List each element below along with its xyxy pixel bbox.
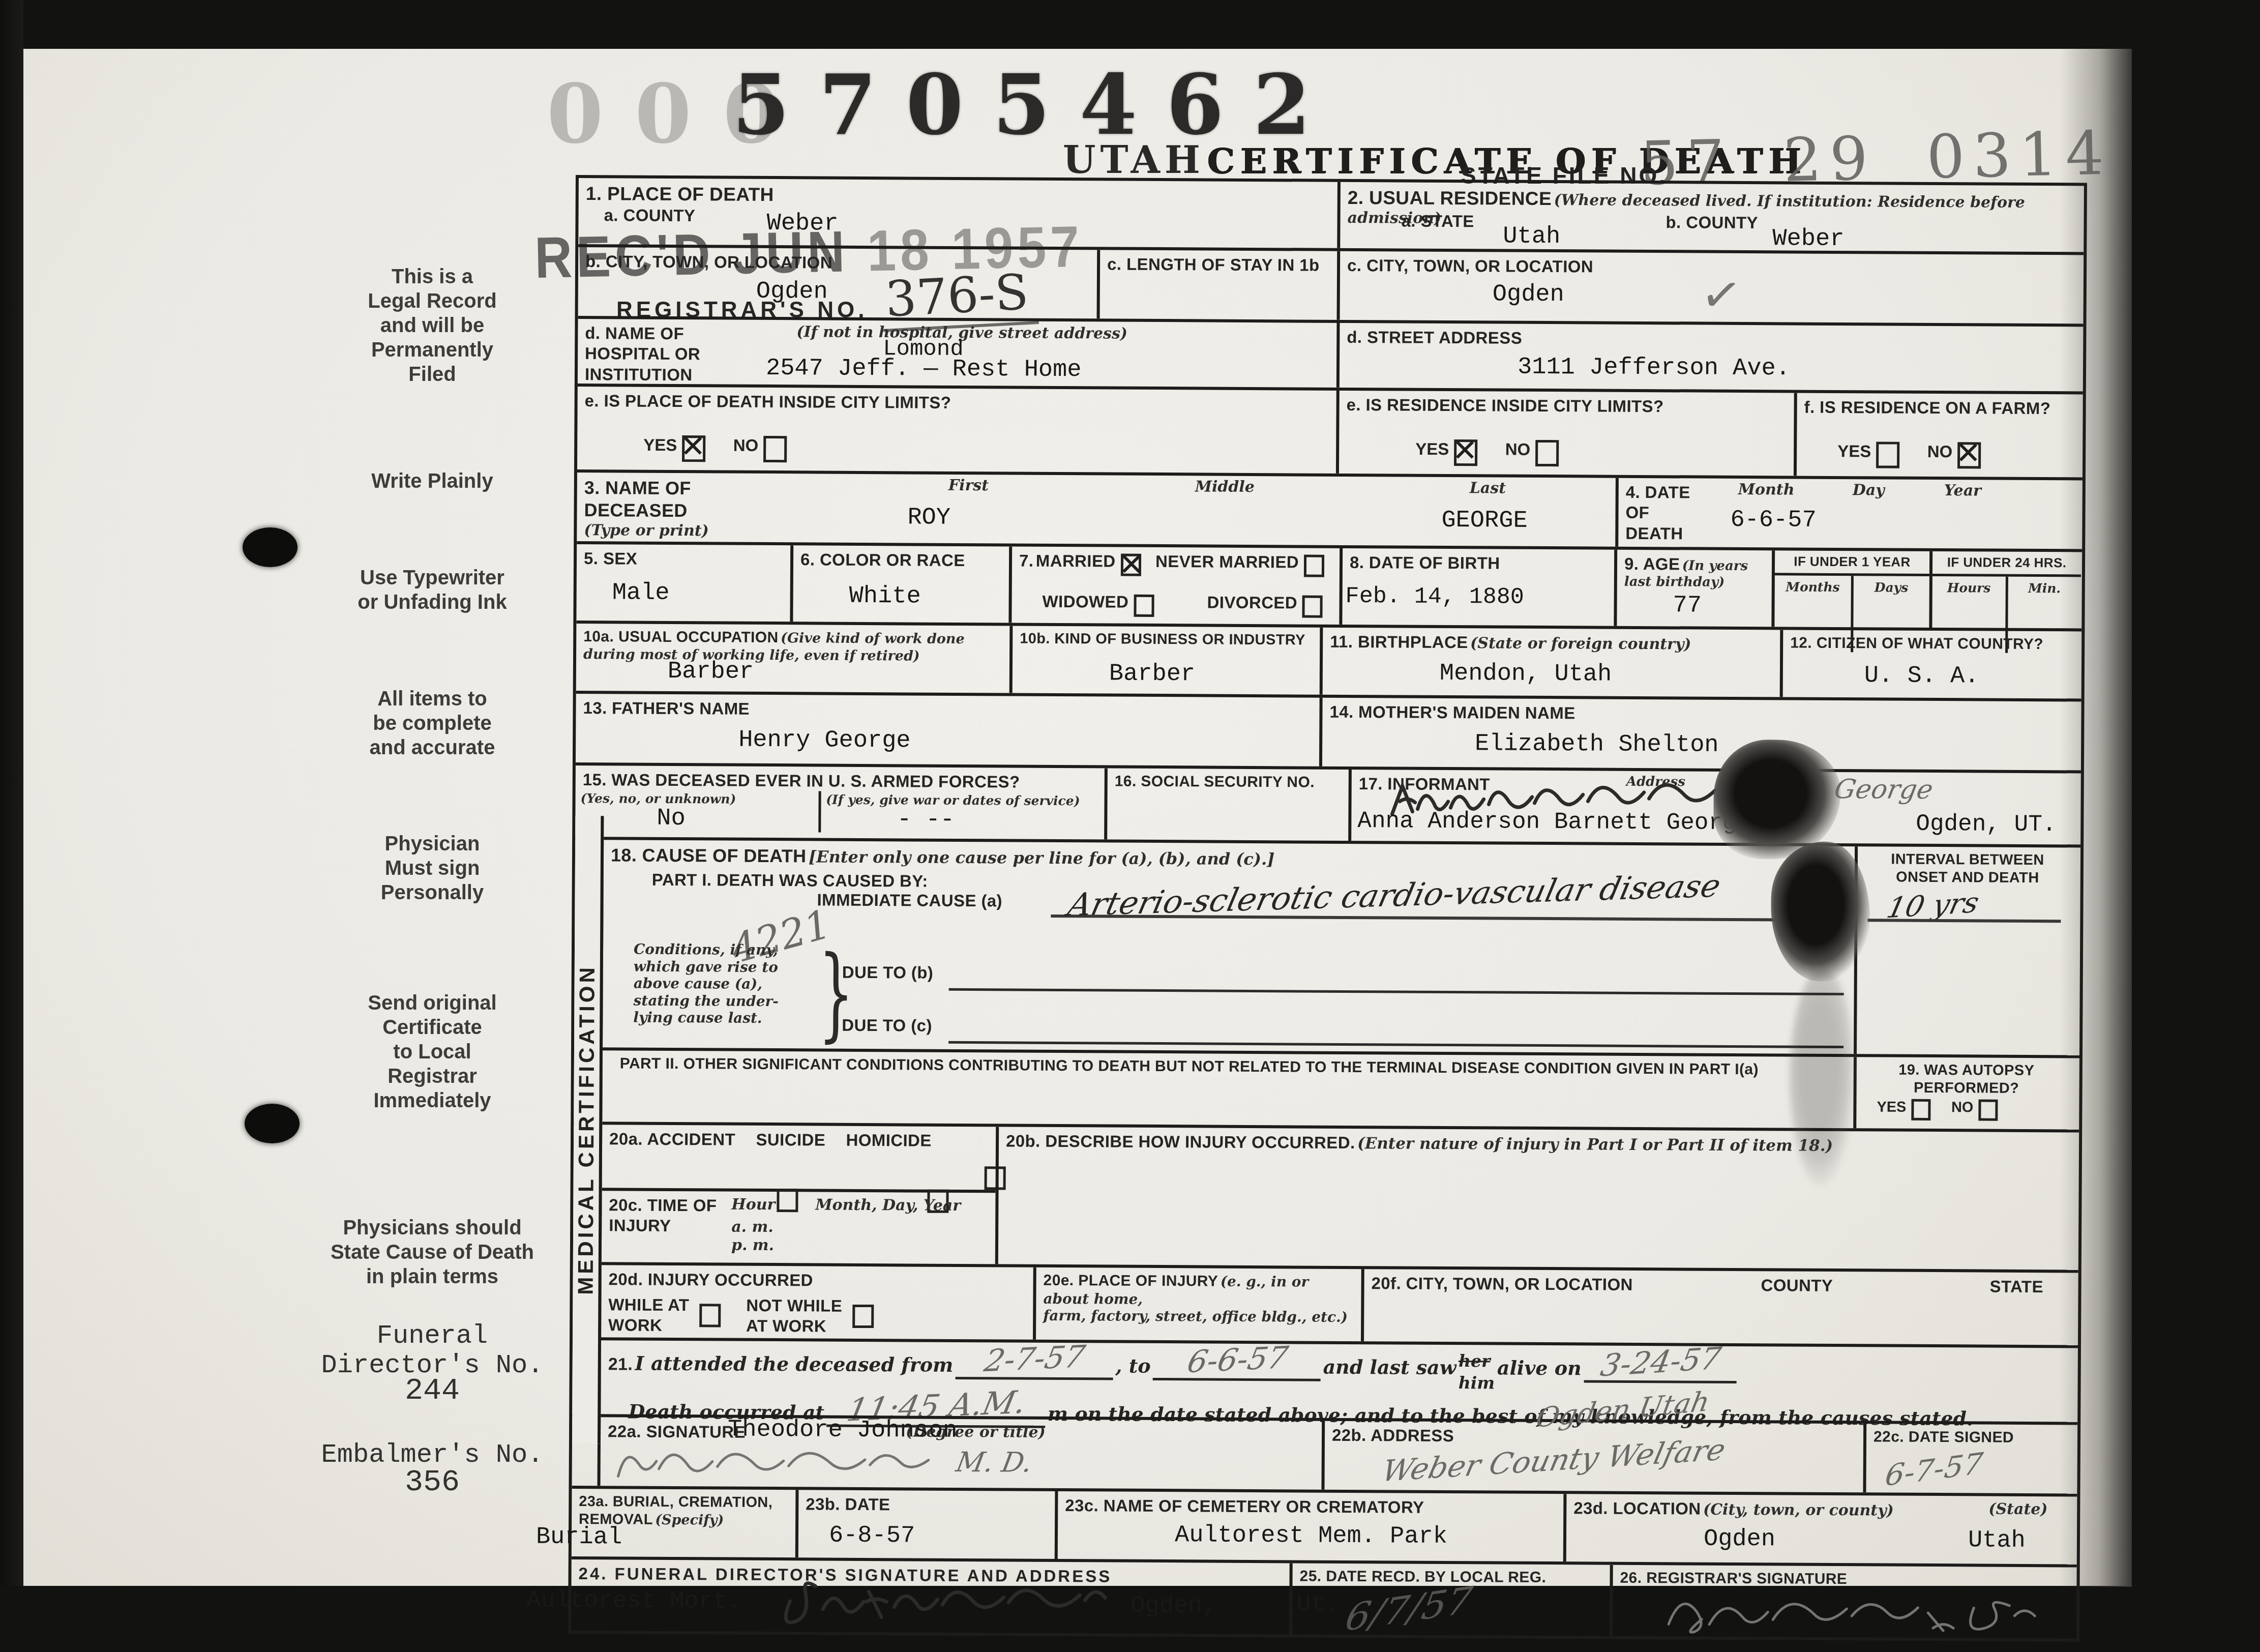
- occupation-value: Barber: [668, 660, 754, 684]
- item-20a-num: 20a.: [609, 1129, 643, 1148]
- location-label: 23d. LOCATION: [1573, 1498, 1701, 1518]
- title-utah: UTAH: [1063, 138, 1205, 182]
- address-label: 22b. ADDRESS: [1332, 1426, 1454, 1445]
- margin-note-plain-terms: Physicians should State Cause of Death i…: [275, 1216, 590, 1289]
- funeral-home-typed: Aultorest Mort.: [526, 1589, 741, 1614]
- first-name-label: First: [948, 477, 989, 495]
- checkbox-no-checked: [1957, 442, 1981, 468]
- field-attendance-statement: 21. I attended the deceased from 2-7-57 …: [598, 1340, 2075, 1422]
- field-birthplace: 11. BIRTHPLACE (State or foreign country…: [1320, 628, 1780, 697]
- yes-label: YES: [1837, 441, 1871, 460]
- certificate-form: 1. PLACE OF DEATH a. COUNTY Weber 2. USU…: [568, 175, 2087, 1642]
- checkbox-autopsy-no: [1978, 1099, 1998, 1120]
- registrar-signature-script: [1658, 1583, 2045, 1641]
- describe-injury-hint: (Enter nature of injury in Part I or Par…: [1357, 1134, 1833, 1155]
- length-of-stay-label: c. LENGTH OF STAY IN 1b: [1107, 254, 1320, 274]
- field-marital-status: 7. MARRIED NEVER MARRIED WIDOWED DIVORCE…: [1008, 546, 1340, 624]
- first-name-value: ROY: [907, 506, 950, 529]
- middle-name-label: Middle: [1195, 478, 1255, 496]
- field-accident-suicide-homicide: 20a. ACCIDENT SUICIDE HOMICIDE 20c. TIME…: [599, 1125, 996, 1264]
- describe-injury-label: 20b. DESCRIBE HOW INJURY OCCURRED.: [1006, 1131, 1355, 1152]
- field-date-signed: 22c. DATE SIGNED 6-7-57: [1863, 1424, 2074, 1493]
- field-color-or-race: 6. COLOR OR RACE White: [790, 545, 1009, 623]
- no-label: NO: [1927, 442, 1953, 461]
- day-label: Day: [1853, 481, 1885, 499]
- death-certificate-scan: This is a Legal Record and will be Perma…: [0, 0, 2260, 1652]
- place-of-injury-label: 20e. PLACE OF INJURY: [1044, 1272, 1218, 1290]
- checkbox-divorced: [1302, 595, 1323, 617]
- conditions-hint: Conditions, if any, which gave rise to a…: [633, 941, 779, 1027]
- war-dates-value: - --: [897, 807, 955, 834]
- occupation-label: 10a. USUAL OCCUPATION: [583, 628, 779, 646]
- item-21-num: 21.: [608, 1354, 633, 1374]
- field-hospital-name: d. NAME OF HOSPITAL OR INSTITUTION (If n…: [578, 319, 1337, 388]
- armed-forces-label: 15. WAS DECEASED EVER IN U. S. ARMED FOR…: [576, 765, 1105, 793]
- field-if-under-1-year: IF UNDER 1 YEAR Months Days: [1771, 550, 1929, 628]
- due-to-b-label: DUE TO (b): [842, 962, 934, 983]
- field-cemetery-location: 23d. LOCATION (City, town, or county) (S…: [1563, 1494, 2077, 1564]
- yes-label: YES: [643, 435, 677, 454]
- attended-to-value: 6-6-57: [1184, 1342, 1290, 1377]
- due-to-c-label: DUE TO (c): [842, 1015, 932, 1036]
- burial-value: Burial: [536, 1525, 622, 1550]
- cause-handwritten: Arterio-sclerotic cardio-vascular diseas…: [1065, 870, 1723, 921]
- burial-date-label: 23b. DATE: [806, 1494, 890, 1514]
- residence-county-value: Weber: [1772, 227, 1844, 251]
- month-label: Month: [1738, 481, 1795, 499]
- location-state-value: Utah: [1968, 1528, 2026, 1553]
- last-name-value: GEORGE: [1441, 509, 1527, 533]
- field-interval-onset-death: INTERVAL BETWEEN ONSET AND DEATH 10 yrs: [1854, 846, 2077, 1055]
- citizen-value: U. S. A.: [1864, 664, 1979, 688]
- field-armed-forces: 15. WAS DECEASED EVER IN U. S. ARMED FOR…: [575, 765, 1105, 839]
- date-received-label: 25. DATE RECD. BY LOCAL REG.: [1300, 1568, 1547, 1586]
- attended-to-line: 6-6-57: [1153, 1347, 1321, 1381]
- location-state-hint: (State): [1988, 1500, 2047, 1519]
- field-residence-inside-city-limits: e. IS RESIDENCE INSIDE CITY LIMITS? YES …: [1336, 391, 1794, 476]
- field-date-received: 25. DATE RECD. BY LOCAL REG. Ut. 6/7/57: [1289, 1563, 1610, 1636]
- date-of-death-value: 6-6-57: [1730, 508, 1816, 533]
- cause-of-death-hint: [Enter only one cause per line for (a), …: [809, 847, 1274, 869]
- armed-forces-value: No: [657, 805, 686, 832]
- interval-label: INTERVAL BETWEEN ONSET AND DEATH: [1865, 850, 2070, 888]
- ampm-label: a. m. p. m.: [731, 1218, 774, 1255]
- checkbox-yes-checked: [1454, 439, 1477, 466]
- field-cemetery-name: 23c. NAME OF CEMETERY OR CREMATORY Aulto…: [1055, 1491, 1564, 1561]
- physician-signature-script: [611, 1440, 936, 1488]
- checkbox-not-while-at-work: [852, 1305, 874, 1328]
- residence-city-value: Ogden: [1493, 282, 1564, 307]
- place-of-death-title: 1. PLACE OF DEATH: [586, 183, 774, 205]
- checkbox-yes: [1876, 441, 1899, 468]
- field-autopsy: 19. WAS AUTOPSY PERFORMED? YES NO: [1853, 1057, 2076, 1129]
- field-describe-injury: 20b. DESCRIBE HOW INJURY OCCURRED. (Ente…: [995, 1127, 2076, 1270]
- accident-label: ACCIDENT: [647, 1130, 735, 1149]
- funeral-directors-no-label: Funeral Director's No.: [275, 1321, 590, 1380]
- date-signed-label: 22c. DATE SIGNED: [1874, 1428, 2014, 1445]
- field-cause-of-death: 18. CAUSE OF DEATH [Enter only one cause…: [600, 840, 1855, 1054]
- widowed-label: WIDOWED: [1043, 592, 1129, 611]
- armed-forces-hint1: (Yes, no, or unknown): [581, 791, 736, 807]
- scan-border-top: [0, 0, 2260, 49]
- residence-county-label: b. COUNTY: [1666, 212, 1758, 233]
- ssn-label: 16. SOCIAL SECURITY NO.: [1115, 773, 1315, 791]
- attended-from-line: 2-7-57: [956, 1346, 1113, 1380]
- injury-city-label: 20f. CITY, TOWN, OR LOCATION: [1372, 1274, 1633, 1294]
- field-length-of-stay: c. LENGTH OF STAY IN 1b: [1097, 250, 1337, 319]
- sex-label: 5. SEX: [584, 549, 637, 568]
- burial-hint: (Specify): [655, 1512, 724, 1528]
- county-label: a. COUNTY: [604, 205, 695, 225]
- married-label: MARRIED: [1036, 551, 1116, 571]
- under-24-hrs-label: IF UNDER 24 HRS.: [1932, 551, 2081, 577]
- field-burial-cremation: 23a. BURIAL, CREMATION, REMOVAL (Specify…: [572, 1489, 796, 1557]
- no-label: NO: [1951, 1099, 1974, 1115]
- field-street-address: d. STREET ADDRESS 3111 Jefferson Ave.: [1336, 323, 2084, 392]
- marital-num: 7.: [1019, 551, 1034, 570]
- field-date-of-death: 4. DATE OF DEATH Month Day Year 6-6-57: [1615, 478, 2083, 549]
- usual-residence-title: 2. USUAL RESIDENCE: [1348, 187, 1552, 209]
- dob-value: Feb. 14, 1880: [1346, 585, 1524, 609]
- alive-on-value: 3-24-57: [1598, 1343, 1723, 1381]
- business-label: 10b. KIND OF BUSINESS OR INDUSTRY: [1020, 631, 1305, 648]
- residence-state-value: Utah: [1503, 225, 1560, 249]
- last-name-label: Last: [1470, 479, 1506, 497]
- age-value: 77: [1673, 594, 1702, 617]
- business-value: Barber: [1109, 662, 1195, 687]
- cemetery-label: 23c. NAME OF CEMETERY OR CREMATORY: [1065, 1496, 1424, 1517]
- interval-handwritten: 10 yrs: [1884, 889, 1982, 923]
- dob-label: 8. DATE OF BIRTH: [1350, 553, 1500, 573]
- deceased-name-title: 3. NAME OF DECEASED: [584, 477, 691, 521]
- divorced-label: DIVORCED: [1207, 593, 1298, 612]
- burial-date-value: 6-8-57: [829, 1524, 915, 1548]
- field-place-of-injury: 20e. PLACE OF INJURY (e. g., in or about…: [1033, 1267, 1361, 1341]
- attended-text-3: alive on: [1497, 1356, 1582, 1380]
- scan-border-left: [0, 0, 23, 1652]
- month-day-year-label: Month, Day, Year: [815, 1196, 961, 1215]
- attended-text-1: I attended the deceased from: [635, 1352, 954, 1376]
- checkbox-autopsy-yes: [1911, 1099, 1930, 1120]
- margin-note-physician-sign: Physician Must sign Personally: [275, 832, 590, 905]
- field-injury-occurred: 20d. INJURY OCCURRED WHILE AT WORK NOT W…: [598, 1265, 1033, 1339]
- field-place-of-death-county: 1. PLACE OF DEATH a. COUNTY Weber: [578, 178, 1337, 248]
- margin-note-write-plainly: Write Plainly: [275, 469, 590, 493]
- checkbox-while-at-work: [699, 1304, 721, 1327]
- field-time-of-injury: 20c. TIME OF INJURY Hour a. m. p. m. Mon…: [602, 1191, 995, 1242]
- never-married-label: NEVER MARRIED: [1155, 552, 1299, 571]
- date-received-value: 6/7/57: [1343, 1581, 1475, 1637]
- hospital-value: 2547 Jeff. — Rest Home: [766, 357, 1082, 382]
- field-date-of-birth: 8. DATE OF BIRTH Feb. 14, 1880: [1339, 548, 1614, 626]
- field-if-under-24-hrs: IF UNDER 24 HRS. Hours Min.: [1929, 551, 2081, 629]
- cause-line-b: [949, 988, 1844, 995]
- field-social-security: 16. SOCIAL SECURITY NO.: [1104, 768, 1349, 841]
- checkbox-yes-checked: [682, 435, 705, 462]
- hour-label: Hour: [731, 1196, 775, 1214]
- embalmers-no-value: 356: [275, 1468, 590, 1497]
- field-sex: 5. SEX Male: [576, 544, 790, 622]
- birthplace-label: 11. BIRTHPLACE: [1330, 632, 1468, 652]
- funeral-directors-no-value: 244: [275, 1376, 590, 1406]
- homicide-label: HOMICIDE: [846, 1131, 932, 1150]
- cemetery-value: Aultorest Mem. Park: [1175, 1523, 1447, 1549]
- checkbox-no: [1535, 440, 1559, 466]
- death-city-label: b. CITY, TOWN, OR LOCATION: [585, 252, 832, 272]
- part2-label: PART II. OTHER SIGNIFICANT CONDITIONS CO…: [620, 1055, 1759, 1078]
- while-at-work-label: WHILE AT WORK: [608, 1294, 689, 1336]
- mother-label: 14. MOTHER'S MAIDEN NAME: [1329, 702, 1575, 723]
- mother-value: Elizabeth Shelton: [1475, 732, 1719, 757]
- citizen-label: 12. CITIZEN OF WHAT COUNTRY?: [1790, 635, 2043, 653]
- field-death-city: b. CITY, TOWN, OR LOCATION Ogden: [578, 247, 1097, 318]
- time-of-injury-label: 20c. TIME OF INJURY: [609, 1195, 717, 1236]
- street-address-value: 3111 Jefferson Ave.: [1518, 356, 1790, 381]
- injury-county-label: COUNTY: [1761, 1275, 1833, 1296]
- margin-note-complete-accurate: All items to be complete and accurate: [275, 687, 590, 760]
- injury-state-label: STATE: [1989, 1277, 2043, 1297]
- date-of-death-label: 4. DATE OF DEATH: [1625, 482, 1690, 544]
- father-value: Henry George: [738, 728, 911, 753]
- attended-to-label: , to: [1115, 1354, 1151, 1377]
- residence-farm-label: f. IS RESIDENCE ON A FARM?: [1804, 398, 2051, 418]
- informant-script-extra: George: [1832, 776, 1935, 803]
- suicide-label: SUICIDE: [756, 1130, 825, 1149]
- field-citizen-country: 12. CITIZEN OF WHAT COUNTRY? U. S. A.: [1780, 630, 2082, 698]
- alive-on-line: 3-24-57: [1584, 1349, 1736, 1383]
- injury-occurred-label: 20d. INJURY OCCURRED: [609, 1270, 813, 1289]
- immediate-cause-label: IMMEDIATE CAUSE (a): [817, 890, 1002, 911]
- funeral-city-typed: Ogden,: [1131, 1594, 1216, 1618]
- checkbox-widowed: [1134, 595, 1154, 617]
- physician-typed-name: Theodore Johnson: [728, 1418, 958, 1443]
- location-hint: (City, town, or county): [1703, 1501, 1894, 1520]
- field-age: 9. AGE (In years last birthday) 77: [1614, 550, 1772, 627]
- punch-hole: [243, 527, 298, 567]
- deceased-name-hint: (Type or print): [584, 521, 709, 540]
- no-label: NO: [1505, 440, 1531, 459]
- margin-note-send-original: Send original Certificate to Local Regis…: [275, 991, 590, 1113]
- checkbox-no: [763, 436, 787, 462]
- sex-value: Male: [612, 581, 670, 605]
- street-address-label: d. STREET ADDRESS: [1347, 328, 1522, 347]
- hospital-label: d. NAME OF HOSPITAL OR INSTITUTION: [585, 323, 701, 385]
- scan-border-right: [2132, 0, 2260, 1652]
- field-physician-address: 22b. ADDRESS Ogden Utah Weber County Wel…: [1321, 1421, 1863, 1493]
- field-usual-residence: 2. USUAL RESIDENCE (Where deceased lived…: [1337, 182, 2084, 252]
- her-struck: her: [1459, 1351, 1491, 1371]
- yes-label: YES: [1415, 439, 1449, 458]
- medical-certification-label: MEDICAL CERTIFICATION: [573, 964, 599, 1295]
- cause-of-death-label: 18. CAUSE OF DEATH: [611, 844, 807, 866]
- funeral-state-typed: Ut.: [1296, 1592, 1340, 1616]
- signature-label: 22a. SIGNATURE: [608, 1422, 746, 1441]
- checkbox-never-married: [1304, 554, 1324, 577]
- checkbox-married-checked: [1120, 553, 1141, 576]
- field-injury-city-county-state: 20f. CITY, TOWN, OR LOCATION COUNTY STAT…: [1361, 1269, 2072, 1345]
- informant-typed-name: Anna Anderson Barnett George: [1357, 809, 1750, 835]
- no-label: NO: [733, 436, 759, 455]
- yes-label: YES: [1877, 1099, 1906, 1115]
- death-city-value: Ogden: [756, 280, 828, 304]
- field-mothers-maiden-name: 14. MOTHER'S MAIDEN NAME Elizabeth Shelt…: [1319, 698, 2081, 771]
- race-label: 6. COLOR OR RACE: [800, 550, 965, 570]
- residence-city-limits-label: e. IS RESIDENCE INSIDE CITY LIMITS?: [1347, 395, 1664, 416]
- pencil-checkmark: ✓: [1697, 265, 1745, 326]
- field-physician-signature: 22a. SIGNATURE (Degree or title) Theodor…: [598, 1417, 1322, 1489]
- part1-label: PART I. DEATH WAS CAUSED BY:: [652, 870, 928, 892]
- location-city-value: Ogden: [1704, 1527, 1775, 1552]
- medical-certification-strip: MEDICAL CERTIFICATION: [572, 816, 604, 1443]
- not-while-at-work-label: NOT WHILE AT WORK: [746, 1295, 842, 1337]
- year-label: Year: [1944, 482, 1981, 500]
- birthplace-hint: (State or foreign country): [1470, 634, 1691, 653]
- attended-from-value: 2-7-57: [982, 1341, 1088, 1376]
- race-value: White: [849, 584, 921, 609]
- under-1-year-label: IF UNDER 1 YEAR: [1775, 550, 1929, 576]
- field-fathers-name: 13. FATHER'S NAME Henry George: [576, 694, 1320, 766]
- field-part2-conditions: PART II. OTHER SIGNIFICANT CONDITIONS CO…: [599, 1050, 1854, 1128]
- field-funeral-director-signature: 24. FUNERAL DIRECTOR'S SIGNATURE AND ADD…: [571, 1559, 1290, 1634]
- cause-line-c: [948, 1041, 1843, 1048]
- father-label: 13. FATHER'S NAME: [583, 698, 750, 718]
- margin-note-typewriter: Use Typewriter or Unfading Ink: [275, 566, 590, 614]
- armed-forces-hint2: (If yes, give war or dates of service): [826, 792, 1080, 809]
- physician-degree-script: M. D.: [954, 1449, 1034, 1477]
- date-signed-value: 6-7-57: [1884, 1449, 1984, 1490]
- field-name-of-deceased: 3. NAME OF DECEASED (Type or print) Firs…: [577, 473, 1616, 547]
- field-residence-on-farm: f. IS RESIDENCE ON A FARM? YES NO: [1794, 393, 2083, 478]
- residence-city-label: c. CITY, TOWN, OR LOCATION: [1347, 256, 1593, 276]
- birthplace-value: Mendon, Utah: [1440, 662, 1612, 687]
- age-label: 9. AGE: [1624, 554, 1680, 574]
- autopsy-label: 19. WAS AUTOPSY PERFORMED?: [1864, 1061, 2069, 1098]
- him-label: him: [1459, 1373, 1495, 1393]
- county-value: Weber: [766, 212, 838, 236]
- field-residence-city: c. CITY, TOWN, OR LOCATION Ogden ✓: [1337, 251, 2084, 324]
- field-usual-occupation: 10a. USUAL OCCUPATION (Give kind of work…: [576, 624, 1010, 693]
- field-kind-of-business: 10b. KIND OF BUSINESS OR INDUSTRY Barber: [1009, 626, 1320, 694]
- attended-text-2: and last saw: [1323, 1355, 1456, 1379]
- funeral-director-signature-script: [775, 1571, 1111, 1638]
- death-city-limits-label: e. IS PLACE OF DEATH INSIDE CITY LIMITS?: [585, 391, 951, 412]
- field-registrar-signature: 26. REGISTRAR'S SIGNATURE: [1610, 1565, 2077, 1639]
- field-death-inside-city-limits: e. IS PLACE OF DEATH INSIDE CITY LIMITS?…: [577, 387, 1336, 474]
- residence-state-label: a. STATE: [1401, 211, 1474, 232]
- informant-typed-city: Ogden, UT.: [1916, 812, 2056, 836]
- field-burial-date: 23b. DATE 6-8-57: [795, 1490, 1055, 1559]
